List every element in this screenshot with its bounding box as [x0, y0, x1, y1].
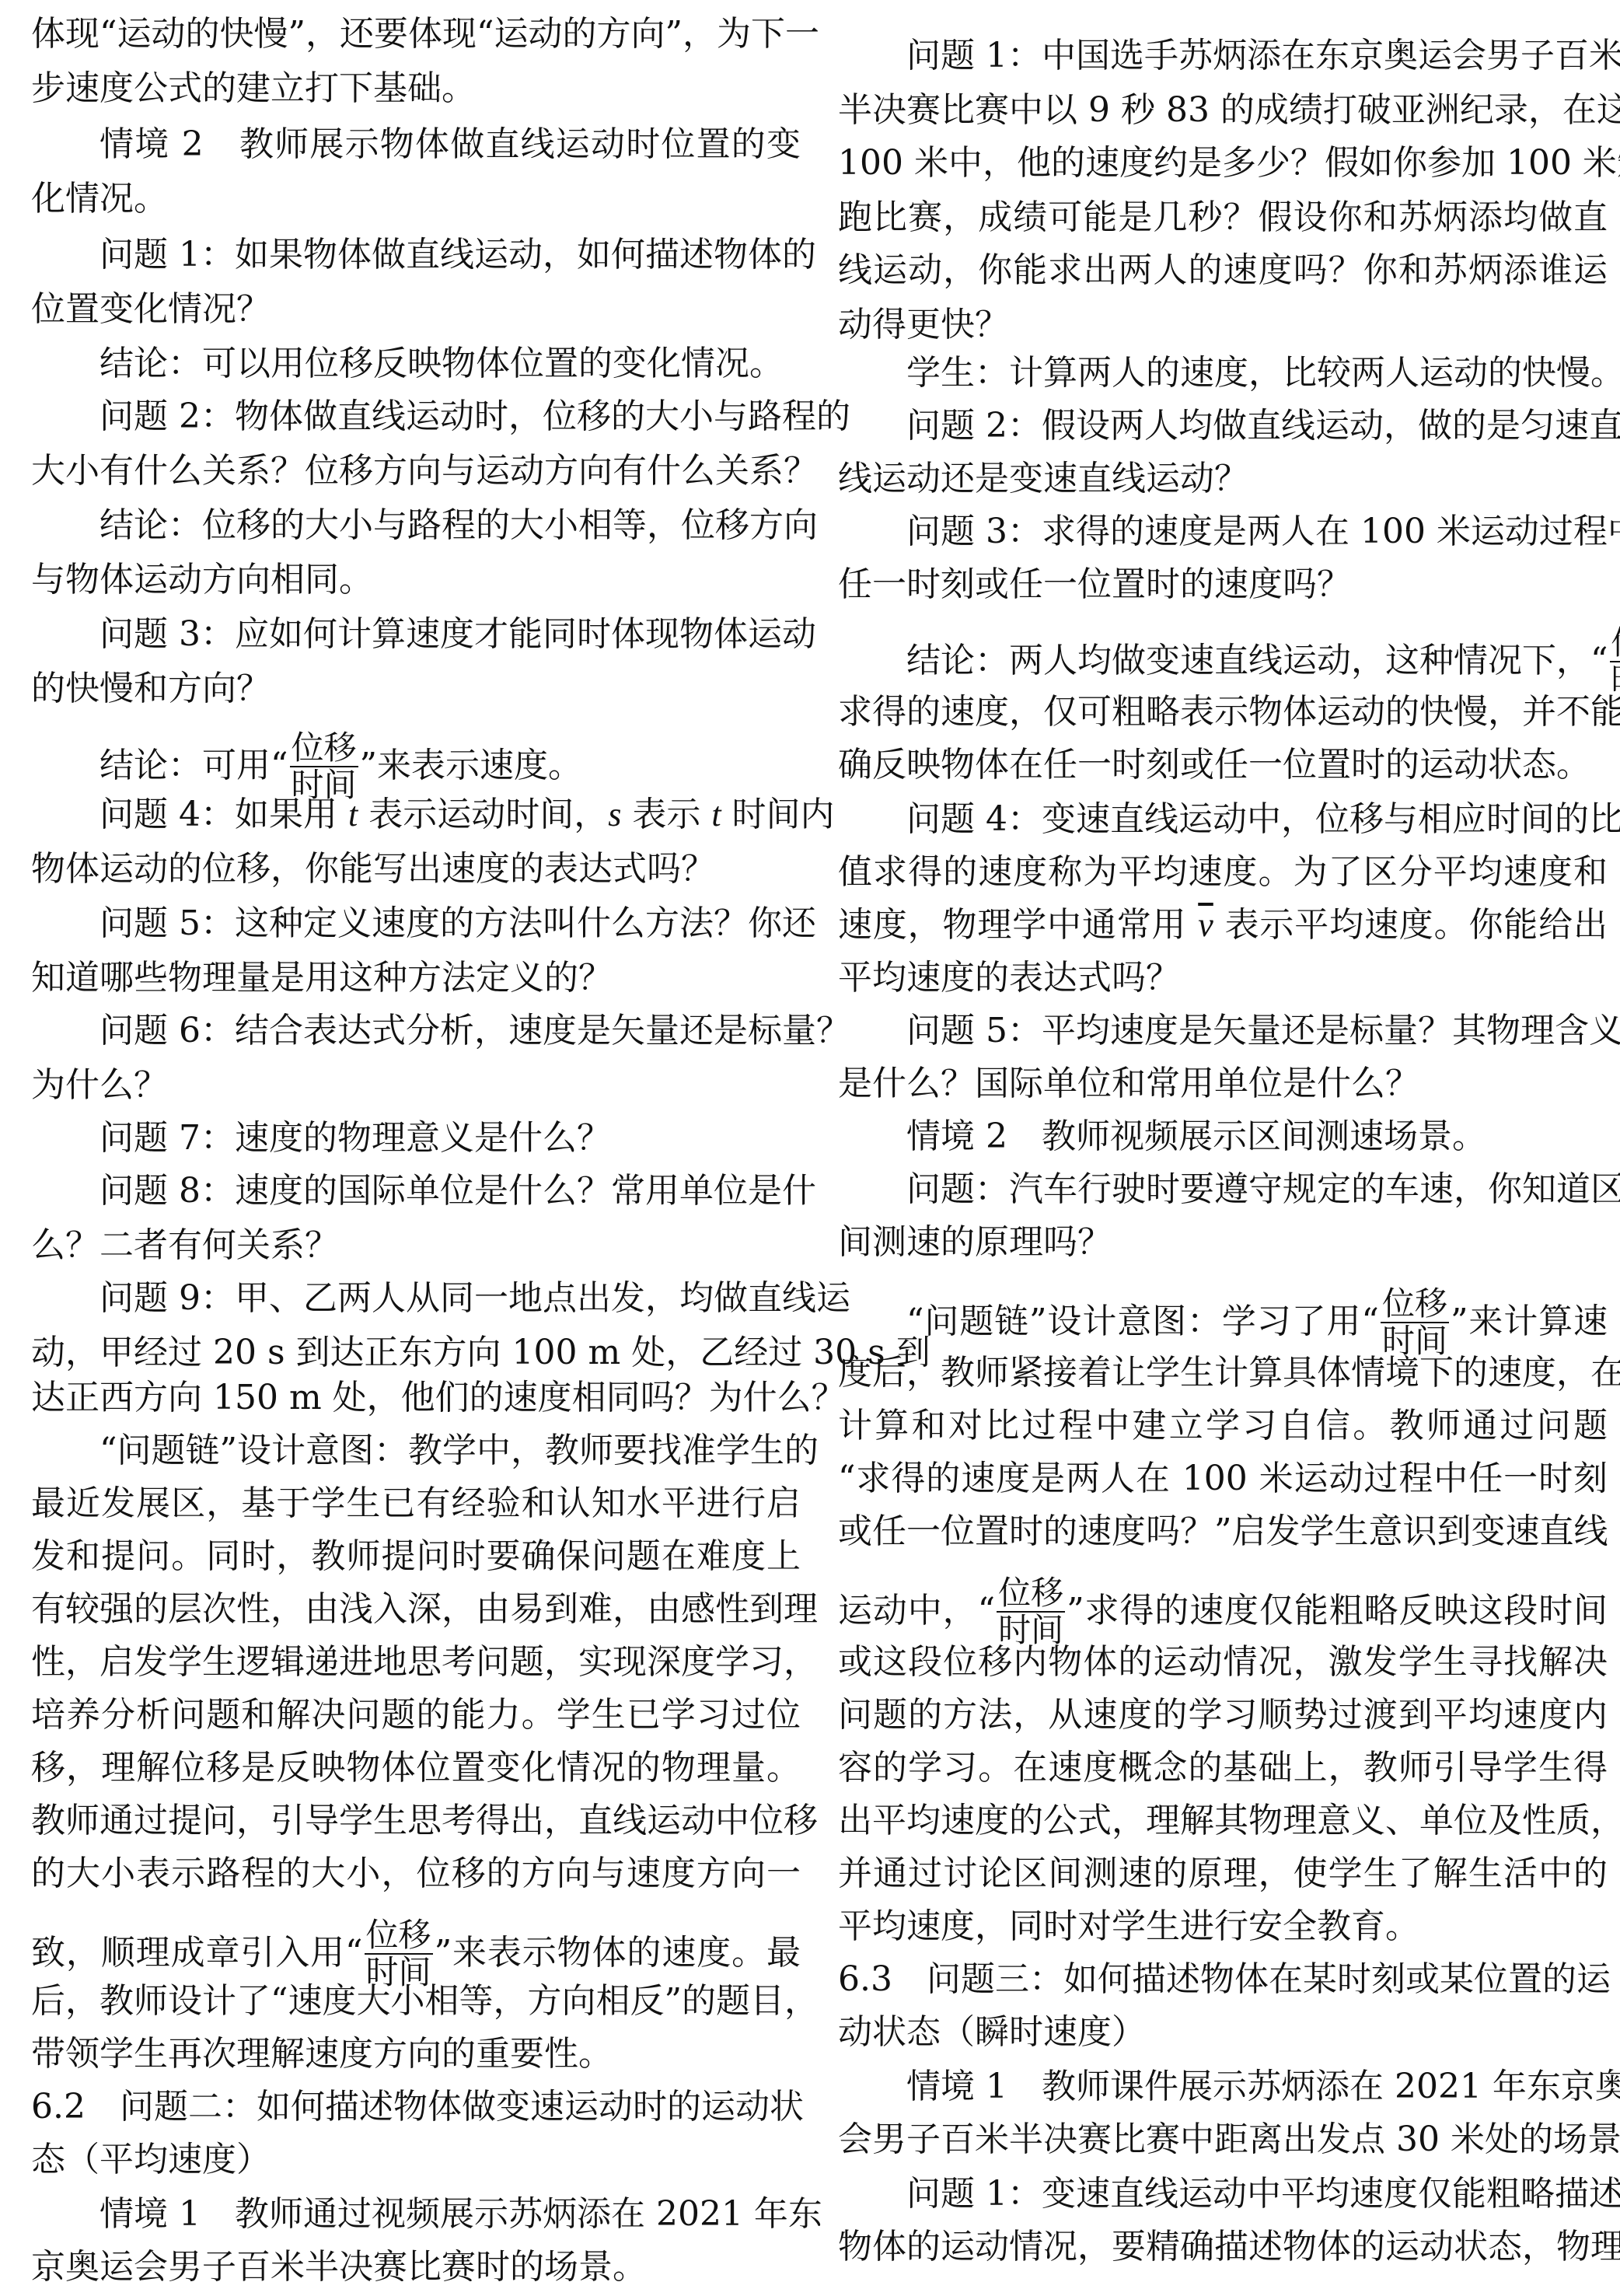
paragraph-line: 问题 2：物体做直线运动时，位移的大小与路程的 — [31, 395, 801, 439]
paragraph-line: 动，甲经过 20 s 到达正东方向 100 m 处，乙经过 30 s 到 — [31, 1331, 801, 1375]
variable-s: s — [608, 795, 621, 833]
paragraph-line: 求得的速度，仅可粗略表示物体运动的快慢，并不能精 — [838, 690, 1608, 734]
paragraph-line: 半决赛比赛中以 9 秒 83 的成绩打破亚洲纪录，在这 — [838, 89, 1608, 132]
paragraph-line: 性，启发学生逻辑递进地思考问题，实现深度学习， — [31, 1641, 801, 1684]
paragraph-line: 么？二者有何关系？ — [31, 1224, 801, 1267]
paragraph-line: 结论：可以用位移反映物体位置的变化情况。 — [31, 342, 801, 386]
paragraph-line: 的快慢和方向？ — [31, 667, 801, 711]
paragraph-line: 体现“运动的快慢”，还要体现“运动的方向”，为下一 — [31, 12, 801, 56]
paragraph-line: 容的学习。在速度概念的基础上，教师引导学生得 — [838, 1746, 1608, 1790]
paragraph-line: 问题 4：如果用 t 表示运动时间，s 表示 t 时间内 — [31, 793, 801, 837]
fraction-suffix: ”求得的速度仅能粗略反映这段时间 — [1067, 1591, 1608, 1630]
text-run: 表示 — [621, 795, 711, 834]
paragraph-line: 问题 5：这种定义速度的方法叫什么方法？你还 — [31, 902, 801, 945]
fraction-numerator: 位移 — [365, 1917, 433, 1955]
paragraph-line: 带领学生再次理解速度方向的重要性。 — [31, 2032, 801, 2076]
paragraph-line: 有较强的层次性，由浅入深，由易到难，由感性到理 — [31, 1588, 801, 1631]
paragraph-line: 出平均速度的公式，理解其物理意义、单位及性质， — [838, 1799, 1608, 1843]
paragraph-line: “求得的速度是两人在 100 米运动过程中任一时刻 — [838, 1457, 1608, 1501]
text-run: 速度，物理学中通常用 — [838, 905, 1198, 945]
paragraph-line: 大小有什么关系？位移方向与运动方向有什么关系？ — [31, 449, 801, 493]
paragraph-line: 为什么？ — [31, 1064, 801, 1107]
paragraph-line: 速度，物理学中通常用 v 表示平均速度。你能给出 — [838, 903, 1608, 947]
text-run: 时间内 — [721, 795, 835, 834]
fraction-prefix: 结论：可用“ — [100, 746, 288, 785]
paragraph-line: 结论：位移的大小与路程的大小相等，位移方向 — [31, 504, 801, 547]
paragraph-line: 知道哪些物理量是用这种方法定义的？ — [31, 956, 801, 1000]
paragraph-line: 问题 9：甲、乙两人从同一地点出发，均做直线运 — [31, 1277, 801, 1320]
displacement-over-time-fraction: 位移时间 — [997, 1575, 1065, 1648]
section-heading-line: 6.3 问题三：如何描述物体在某时刻或某位置的运 — [838, 1958, 1608, 2001]
paragraph-line: 物体的运动情况，要精确描述物体的运动状态，物理 — [838, 2225, 1608, 2269]
variable-t: t — [711, 795, 721, 833]
fraction-suffix: ”来计算速 — [1451, 1302, 1608, 1341]
paragraph-line: 后，教师设计了“速度大小相等，方向相反”的题目， — [31, 1980, 801, 2023]
paragraph-line: 平均速度，同时对学生进行安全教育。 — [838, 1905, 1608, 1948]
paragraph-line: 学生：计算两人的速度，比较两人运动的快慢。 — [838, 351, 1608, 395]
paragraph-line: 并通过讨论区间测速的原理，使学生了解生活中的 — [838, 1852, 1608, 1896]
paragraph-line: 达正西方向 150 m 处，他们的速度相同吗？为什么？ — [31, 1376, 801, 1420]
paragraph-line: 问题 1：中国选手苏炳添在东京奥运会男子百米 — [838, 34, 1608, 78]
paragraph-line: 线运动还是变速直线运动？ — [838, 457, 1608, 501]
paragraph-line: 情境 1 教师通过视频展示苏炳添在 2021 年东 — [31, 2193, 801, 2236]
fraction-numerator: 位移 — [1381, 1286, 1449, 1323]
paragraph-line: 跑比赛，成绩可能是几秒？假设你和苏炳添均做直 — [838, 196, 1608, 239]
paragraph-line: 确反映物体在任一时刻或任一位置时的运动状态。 — [838, 743, 1608, 787]
fraction-line: “问题链”设计意图：学习了用“位移时间”来计算速 — [838, 1283, 1608, 1361]
displacement-over-time-fraction: 位移时间 — [1610, 625, 1620, 698]
paragraph-line: 或这段位移内物体的运动情况，激发学生寻找解决 — [838, 1641, 1608, 1684]
displacement-over-time-fraction: 位移时间 — [1381, 1286, 1449, 1359]
paragraph-line: 问题 1：如果物体做直线运动，如何描述物体的 — [31, 233, 801, 277]
paragraph-line: 问题 6：结合表达式分析，速度是矢量还是标量？ — [31, 1009, 801, 1053]
paragraph-line: 平均速度的表达式吗？ — [838, 956, 1608, 1000]
paragraph-line: 动得更快？ — [838, 303, 1608, 347]
fraction-prefix: 致，顺理成章引入用“ — [31, 1933, 363, 1973]
fraction-line: 结论：两人均做变速直线运动，这种情况下，“位移时间” — [838, 622, 1608, 700]
paragraph-line: 问题：汽车行驶时要遵守规定的车速，你知道区 — [838, 1168, 1608, 1211]
fraction-suffix: ”来表示速度。 — [360, 746, 583, 785]
paragraph-line: 问题 7：速度的物理意义是什么？ — [31, 1117, 801, 1160]
variable-t: t — [348, 795, 358, 833]
paragraph-line: 计算和对比过程中建立学习自信。教师通过问题 — [838, 1404, 1608, 1448]
paragraph-line: 教师通过提问，引导学生思考得出，直线运动中位移 — [31, 1799, 801, 1843]
paragraph-line: 值求得的速度称为平均速度。为了区分平均速度和 — [838, 851, 1608, 894]
paragraph-line: 化情况。 — [31, 177, 801, 221]
section-heading-line: 态（平均速度） — [31, 2138, 801, 2182]
paragraph-line: 培养分析问题和解决问题的能力。学生已学习过位 — [31, 1693, 801, 1737]
paragraph-line: 移，理解位移是反映物体位置变化情况的物理量。 — [31, 1746, 801, 1790]
average-velocity-symbol: v — [1198, 906, 1213, 944]
paragraph-line: 度后，教师紧接着让学生计算具体情境下的速度，在 — [838, 1351, 1608, 1395]
paragraph-line: 步速度公式的建立打下基础。 — [31, 67, 801, 110]
fraction-line: 运动中，“位移时间”求得的速度仅能粗略反映这段时间 — [838, 1572, 1608, 1650]
paragraph-line: 与物体运动方向相同。 — [31, 558, 801, 602]
displacement-over-time-fraction: 位移时间 — [290, 730, 358, 803]
fraction-suffix: ”来表示物体的速度。最 — [435, 1933, 801, 1973]
fraction-numerator: 位移 — [997, 1575, 1065, 1613]
fraction-numerator: 位移 — [290, 730, 358, 767]
paragraph-line: 物体运动的位移，你能写出速度的表达式吗？ — [31, 847, 801, 891]
paragraph-line: “问题链”设计意图：教学中，教师要找准学生的 — [31, 1429, 801, 1473]
paragraph-line: 情境 2 教师展示物体做直线运动时位置的变 — [31, 123, 801, 166]
paragraph-line: 位置变化情况？ — [31, 288, 801, 331]
text-run: 表示平均速度。你能给出 — [1213, 905, 1608, 945]
fraction-prefix: 运动中，“ — [838, 1591, 995, 1630]
fraction-prefix: “问题链”设计意图：学习了用“ — [906, 1302, 1379, 1341]
paragraph-line: 问题 3：求得的速度是两人在 100 米运动过程中 — [838, 510, 1608, 554]
paragraph-line: 100 米中，他的速度约是多少？假如你参加 100 米短 — [838, 142, 1608, 185]
paragraph-line: 问题 2：假设两人均做直线运动，做的是匀速直 — [838, 404, 1608, 448]
paragraph-line: 问题 8：速度的国际单位是什么？常用单位是什 — [31, 1169, 801, 1213]
paragraph-line: 情境 1 教师课件展示苏炳添在 2021 年东京奥运 — [838, 2065, 1608, 2109]
paragraph-line: 京奥运会男子百米半决赛比赛时的场景。 — [31, 2245, 801, 2289]
paragraph-line: 问题 5：平均速度是矢量还是标量？其物理含义 — [838, 1009, 1608, 1053]
fraction-prefix: 结论：两人均做变速直线运动，这种情况下，“ — [906, 641, 1608, 680]
fraction-numerator: 位移 — [1610, 625, 1620, 662]
paragraph-line: 情境 2 教师视频展示区间测速场景。 — [838, 1115, 1608, 1158]
paragraph-line: 问题 4：变速直线运动中，位移与相应时间的比 — [838, 798, 1608, 841]
paragraph-line: 的大小表示路程的大小，位移的方向与速度方向一 — [31, 1852, 801, 1896]
paragraph-line: 问题 1：变速直线运动中平均速度仅能粗略描述 — [838, 2172, 1608, 2216]
paragraph-line: 最近发展区，基于学生已有经验和认知水平进行启 — [31, 1482, 801, 1525]
paragraph-line: 问题 3：应如何计算速度才能同时体现物体运动 — [31, 613, 801, 656]
paragraph-line: 间测速的原理吗？ — [838, 1221, 1608, 1264]
paragraph-line: 任一时刻或任一位置时的速度吗？ — [838, 563, 1608, 606]
paragraph-line: 发和提问。同时，教师提问时要确保问题在难度上 — [31, 1535, 801, 1578]
paragraph-line: 线运动，你能求出两人的速度吗？你和苏炳添谁运 — [838, 249, 1608, 292]
section-heading-line: 6.2 问题二：如何描述物体做变速运动时的运动状 — [31, 2085, 801, 2129]
paragraph-line: 或任一位置时的速度吗？”启发学生意识到变速直线 — [838, 1510, 1608, 1553]
paragraph-line: 是什么？国际单位和常用单位是什么？ — [838, 1062, 1608, 1106]
text-run: 表示运动时间， — [358, 795, 608, 834]
section-heading-line: 动状态（瞬时速度） — [838, 2011, 1608, 2054]
paragraph-line: 会男子百米半决赛比赛中距离出发点 30 米处的场景。 — [838, 2118, 1608, 2161]
paragraph-line: 问题的方法，从速度的学习顺势过渡到平均速度内 — [838, 1693, 1608, 1737]
text-run: 问题 4：如果用 — [100, 795, 348, 834]
